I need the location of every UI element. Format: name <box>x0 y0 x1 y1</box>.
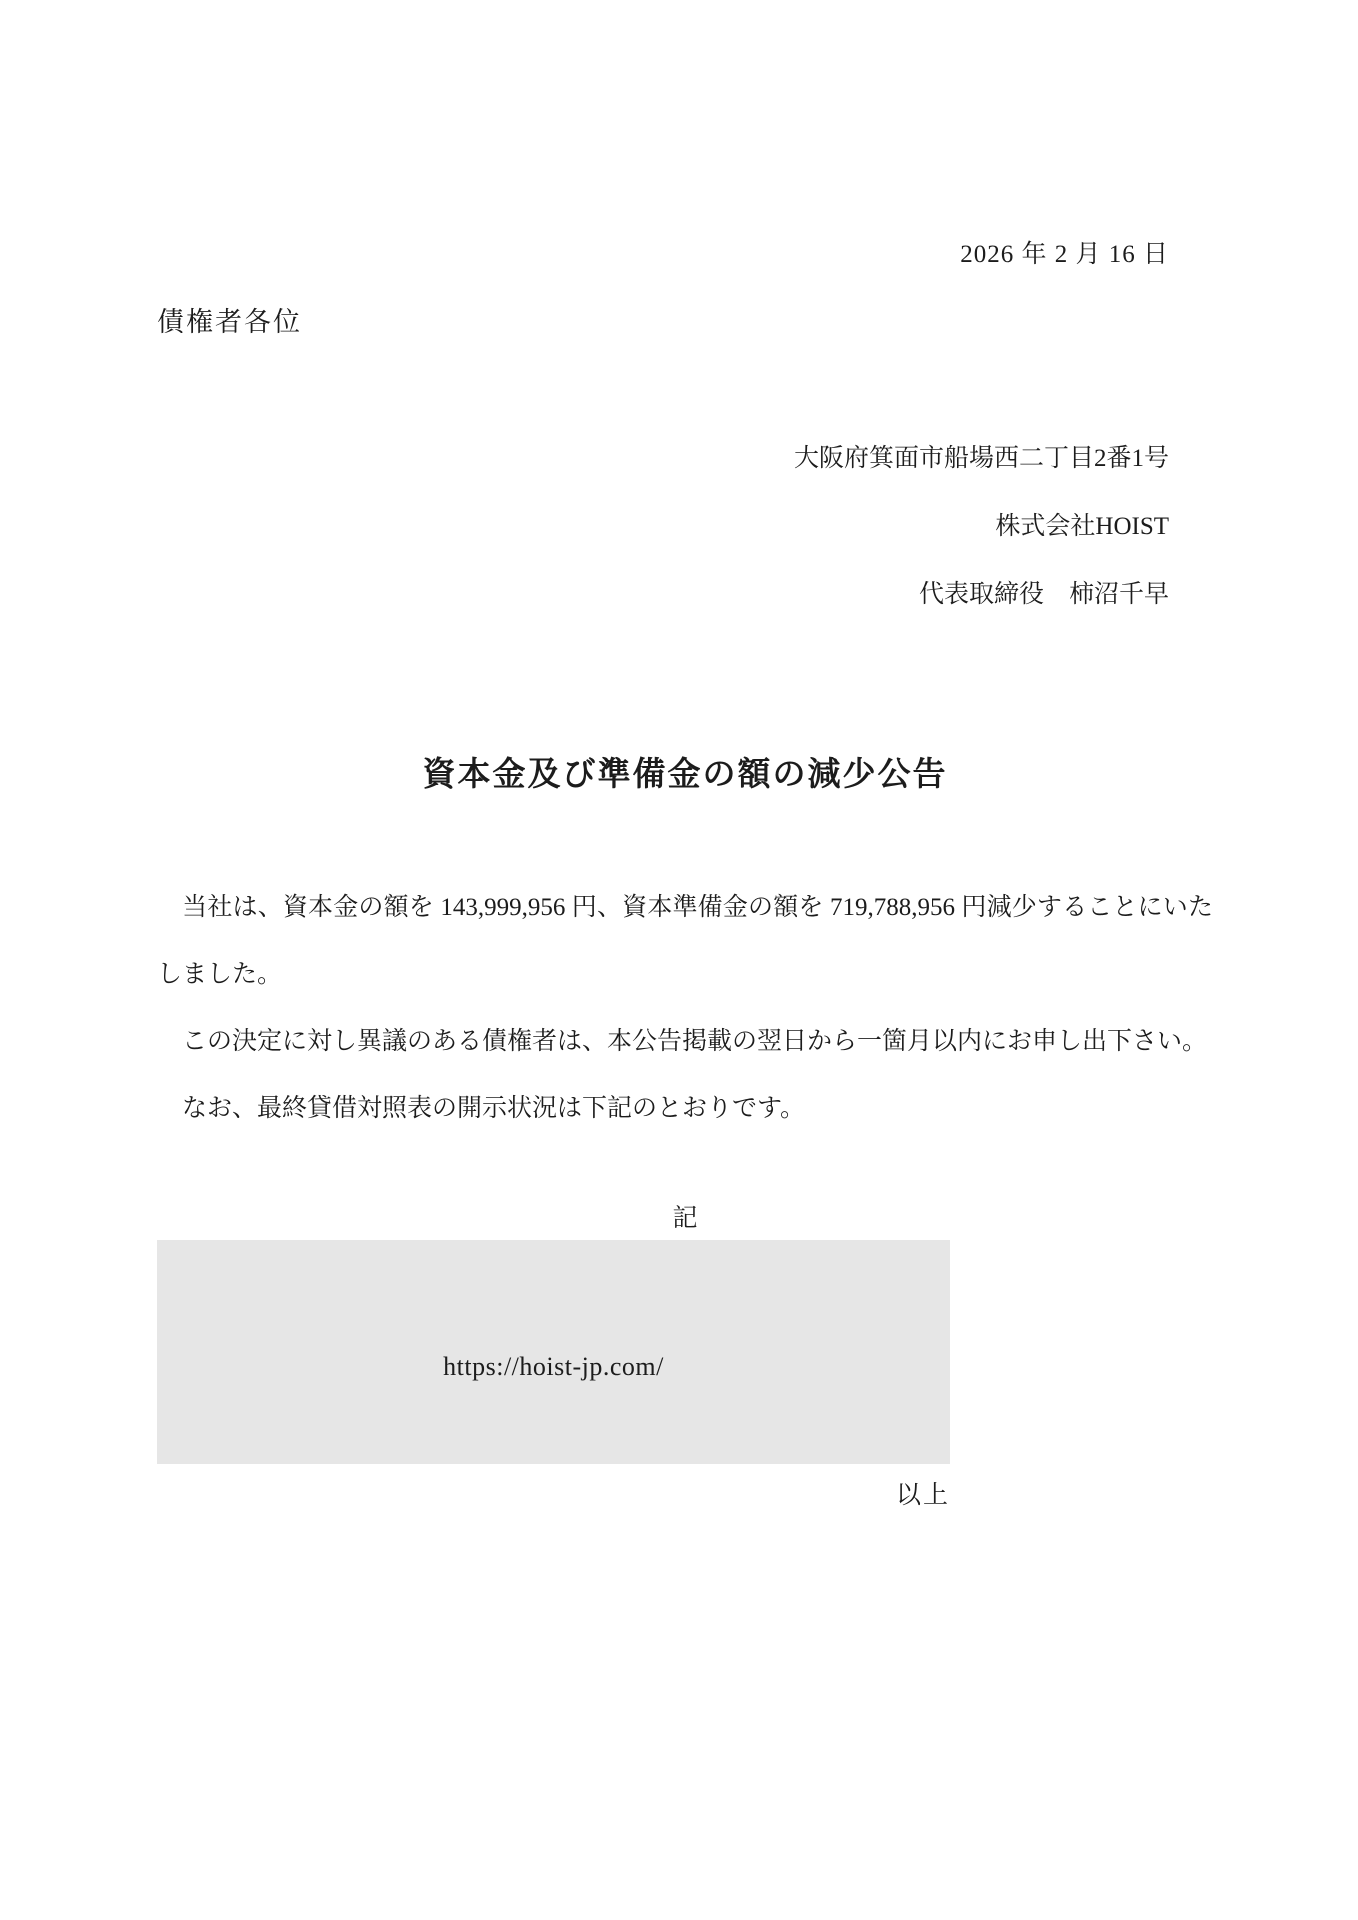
disclosure-url-link[interactable]: https://hoist-jp.com/ <box>443 1352 664 1382</box>
paragraph-objection-period: この決定に対し異議のある債権者は、本公告掲載の翌日から一箇月以内にお申し出下さい… <box>157 1008 1213 1075</box>
disclosure-url-box: https://hoist-jp.com/ <box>157 1240 950 1464</box>
sender-block: 大阪府箕面市船場西二丁目2番1号 株式会社HOIST 代表取締役 柿沼千早 <box>157 443 1169 647</box>
recipient-salutation: 債権者各位 <box>157 300 302 339</box>
page-title: 資本金及び準備金の額の減少公告 <box>157 748 1213 795</box>
notice-document-page: 2026 年 2 月 16 日 債権者各位 大阪府箕面市船場西二丁目2番1号 株… <box>0 0 1358 1920</box>
paragraph-balance-sheet-disclosure: なお、最終貸借対照表の開示状況は下記のとおりです。 <box>157 1075 1213 1142</box>
record-marker: 記 <box>157 1198 1213 1234</box>
closing-marker: 以上 <box>157 1475 950 1511</box>
sender-company-name: 株式会社HOIST <box>157 511 1169 579</box>
document-date: 2026 年 2 月 16 日 <box>157 234 1169 270</box>
sender-address: 大阪府箕面市船場西二丁目2番1号 <box>157 443 1169 511</box>
body-text: 当社は、資本金の額を 143,999,956 円、資本準備金の額を 719,78… <box>157 874 1213 1142</box>
sender-representative: 代表取締役 柿沼千早 <box>157 579 1169 647</box>
paragraph-capital-reduction: 当社は、資本金の額を 143,999,956 円、資本準備金の額を 719,78… <box>157 874 1213 1008</box>
